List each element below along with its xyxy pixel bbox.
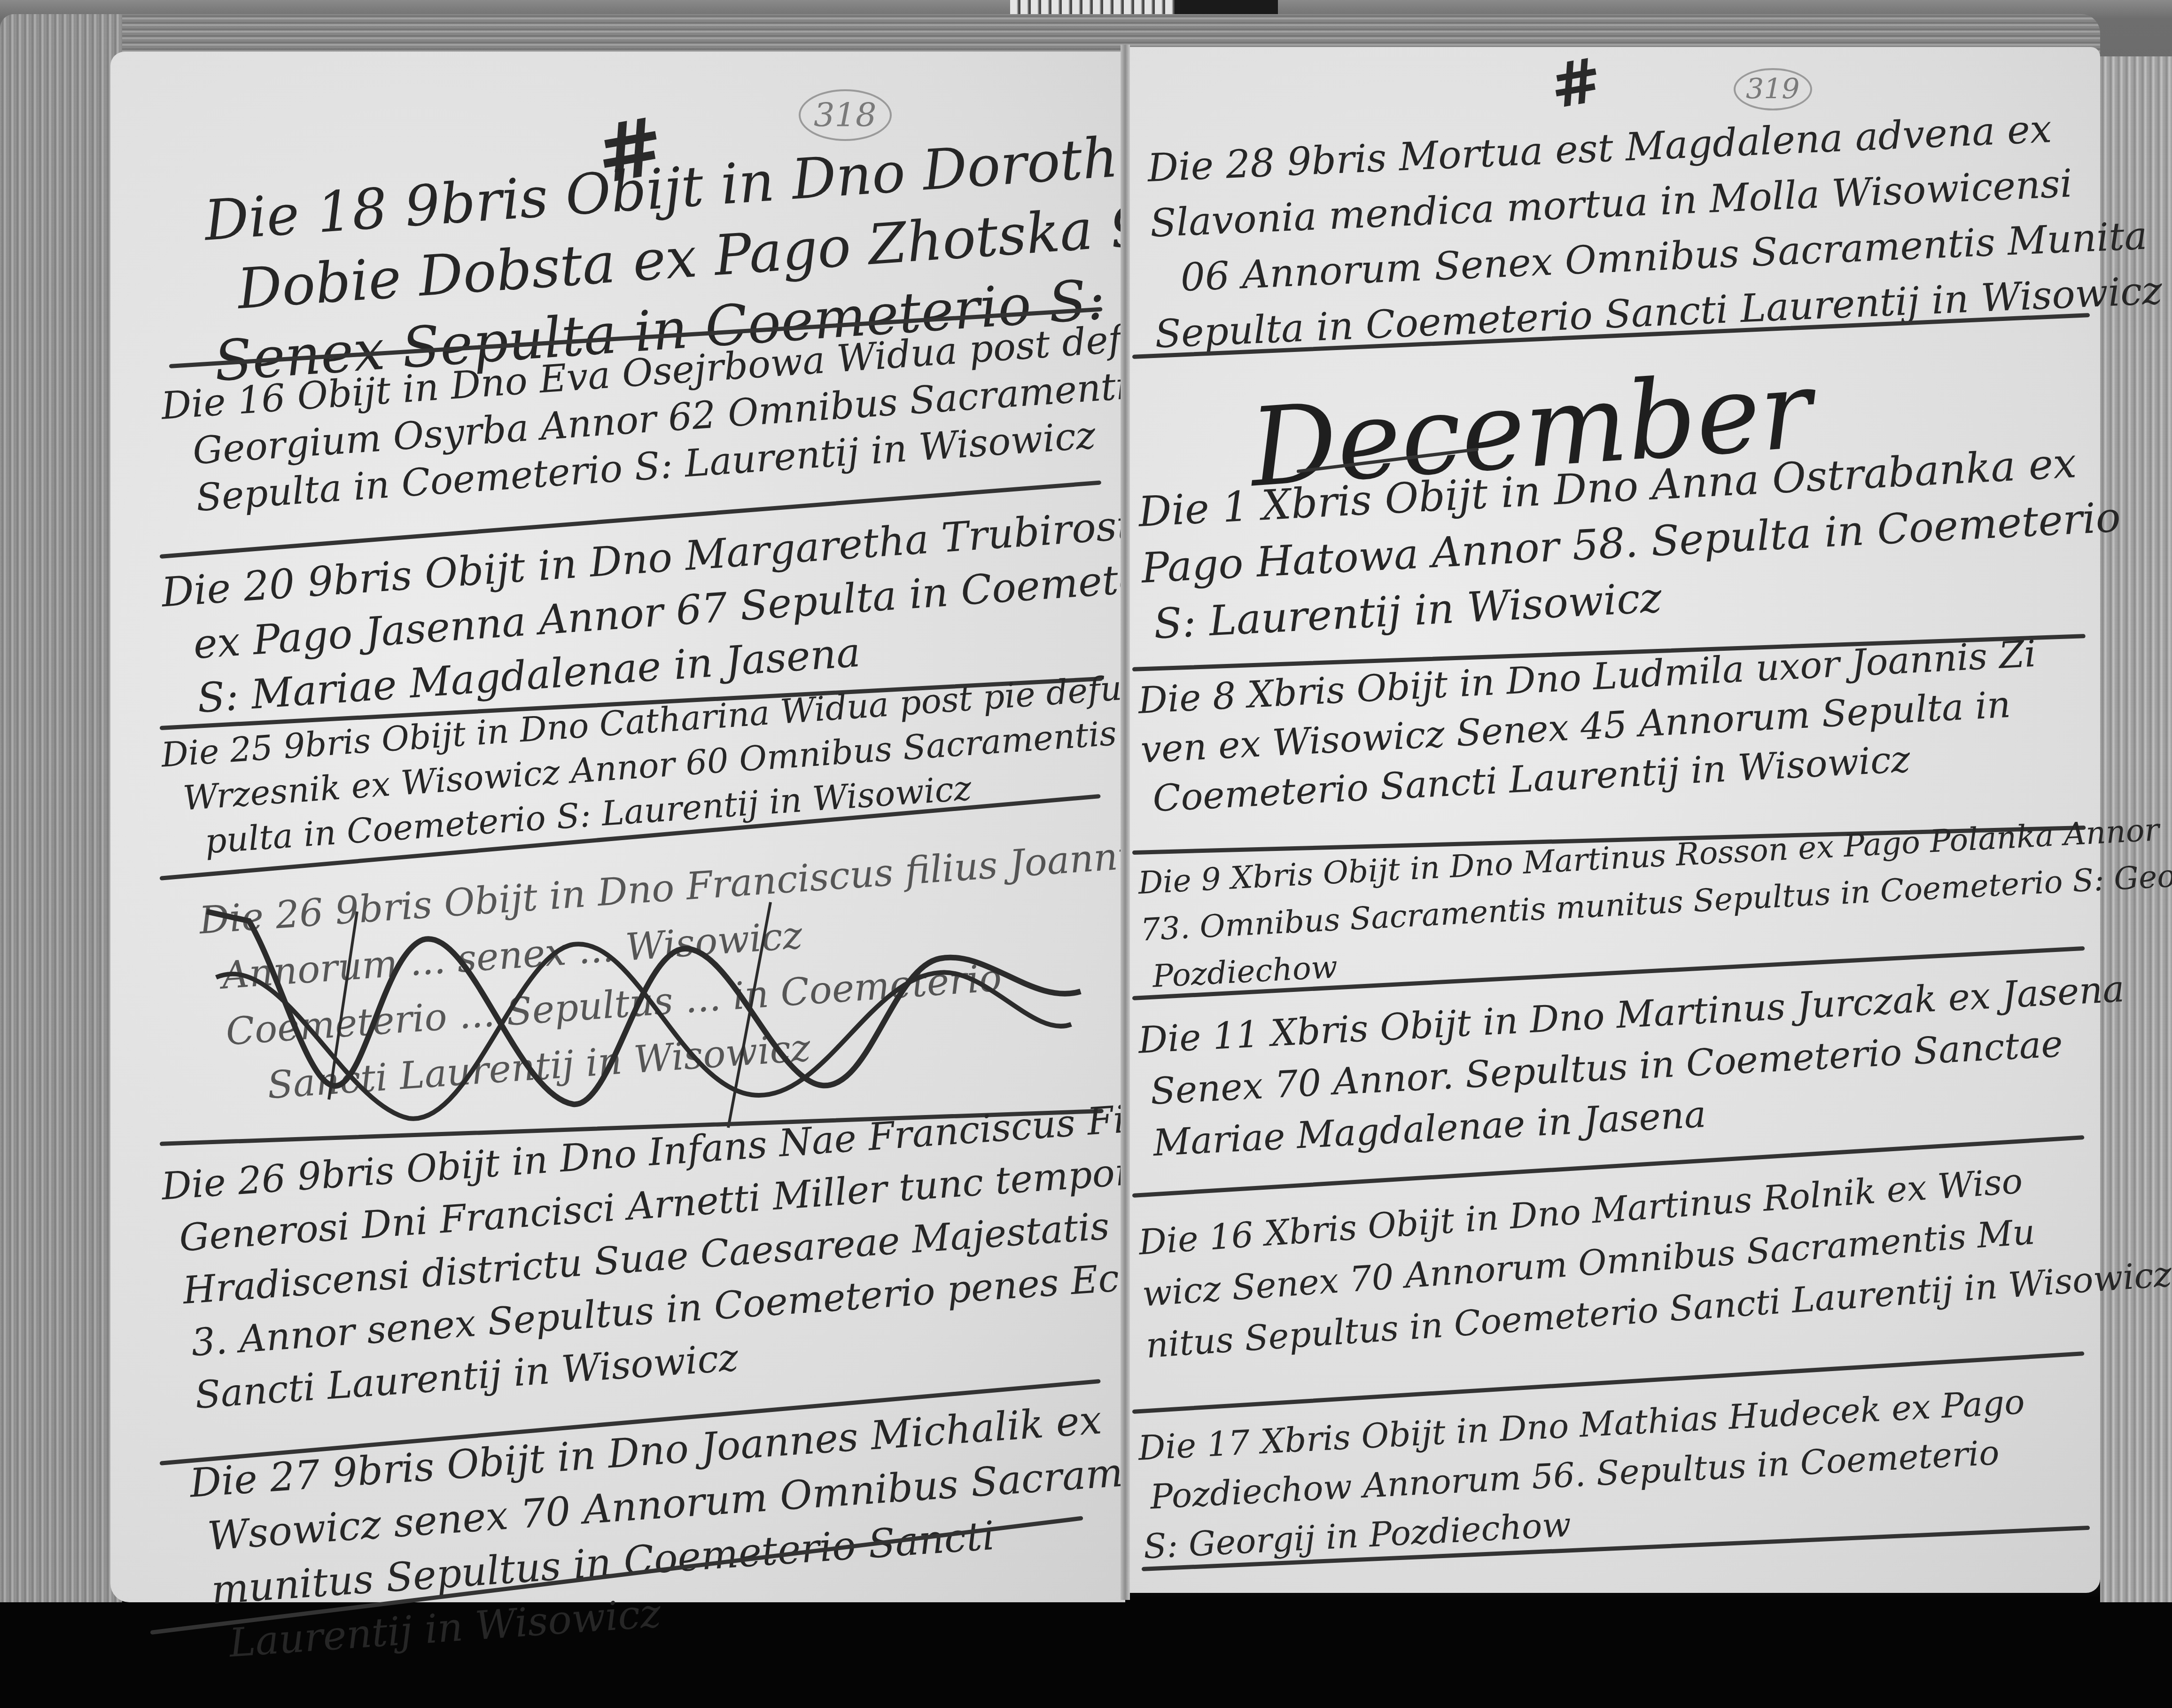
page-number-stamp-right: 319 <box>1734 68 1812 110</box>
register-entry: Die 28 9bris Mortua est Magdalena advena… <box>1146 97 2164 362</box>
page-number-stamp-left: 318 <box>799 89 892 141</box>
page-stack-left-edge <box>0 14 122 1602</box>
book-gutter <box>1121 45 1130 1600</box>
